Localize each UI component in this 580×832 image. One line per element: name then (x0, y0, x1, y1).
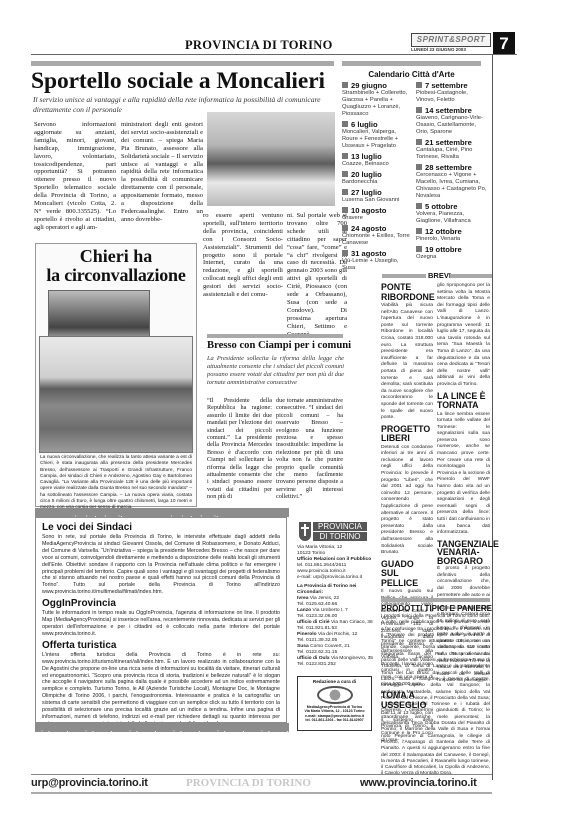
web-banner-top: www.provincia.torino.it www.provincia.to… (35, 508, 289, 517)
footer-email[interactable]: urp@provincia.torino.it (31, 777, 148, 789)
footer-rule-top (31, 774, 492, 775)
calendar-places: Giaveno, Carignano-Virle-Osasio, Castell… (416, 115, 488, 136)
circondario-addr: Via Jervis, 22 (310, 596, 339, 601)
internet-label: internet (129, 729, 157, 738)
calendar-col-2: 7 settembre Piobesi-Castagnole, Vinovo, … (416, 79, 488, 261)
section-title-sindaci: Le voci dei Sindaci (42, 522, 280, 533)
redazione-line: tel. 011.861.2204 - fax 011.8142907 (298, 718, 371, 722)
circondario-tel: Tel. 0122.831.252 (297, 662, 377, 668)
brevi-body: Viabilità più sicura nell'Alto Canavese … (381, 303, 433, 422)
logo-text-2: DI TORINO (313, 532, 367, 541)
internet-label: internet (173, 729, 201, 738)
prodotti-title: PRODOTTI TIPICI E PANIERE (381, 604, 492, 613)
calendar-places: Luserna San Giovanni (342, 197, 412, 204)
square-bullet-icon (342, 207, 348, 213)
brevi-title: GUADO SUL PELLICE (381, 560, 433, 589)
bresso-col-1: “Il Presidente della Repubblica ha ragio… (207, 397, 272, 501)
email-link[interactable]: e-mail: urp@provincia.torino.it (297, 575, 377, 581)
calendar-date: 21 settembre (416, 138, 488, 147)
main-headline: Sportello sociale a Moncalieri (31, 68, 325, 94)
internet-label: internet (217, 729, 245, 738)
square-bullet-icon (342, 121, 348, 127)
circondario-addr: Via Monginevro, 35 (331, 656, 373, 661)
map-logo-icon (317, 686, 353, 704)
chieri-headline-2: la circonvallazione (36, 266, 196, 285)
brevi-label: BREVI (428, 271, 448, 280)
section-body-turismo: L'intera offerta turistica della Provinc… (42, 652, 280, 723)
headline-bar (31, 61, 334, 66)
calendar-places: Chiomonte + Exilles, Torre Canavese (342, 233, 412, 247)
calendar-date: 10 agosto (342, 206, 412, 215)
web-info-box: Le voci dei Sindaci Sono in rete, sul po… (35, 517, 287, 723)
section-title-turismo: Offerta turistica (42, 640, 280, 651)
square-bullet-icon (416, 139, 422, 145)
square-bullet-icon (416, 107, 422, 113)
chieri-road-photo (39, 336, 193, 453)
circondario-place: ufficio di Ciriè (297, 620, 330, 625)
calendar-date: 29 giugno (342, 81, 412, 90)
internet-label: internet (85, 729, 113, 738)
internet-label: internet (261, 729, 289, 738)
circondario-addr: Via Umberto I, 7 (313, 608, 348, 613)
square-bullet-icon (342, 189, 348, 195)
calendar-date: 24 agosto (342, 224, 412, 233)
square-bullet-icon (416, 164, 422, 170)
calendar-places: Volvera, Pianezza, Giaglione, Villafranc… (416, 211, 488, 225)
provincia-logo: PROVINCIA DI TORINO (299, 516, 367, 541)
footer-website[interactable]: www.provincia.torino.it (360, 777, 477, 789)
calendar-date: 31 agosto (342, 249, 412, 258)
calendar-date: 20 luglio (342, 170, 412, 179)
redazione-box: Redazione a cura di MediaAgencyProvincia… (297, 676, 372, 731)
circondari-title: La Provincia di Torino nei Circondari: (297, 584, 359, 596)
circondario-addr: Via dei Rochis, 12 (318, 632, 357, 637)
square-bullet-icon (342, 250, 348, 256)
calendar-date: 12 ottobre (416, 227, 488, 236)
circondario-place: Susa (297, 644, 309, 649)
square-bullet-icon (342, 225, 348, 231)
prodotti-bar (381, 598, 490, 602)
calendar-places: Piobesi-Castagnole, Vinovo, Feletto (416, 90, 488, 104)
calendar-date: 28 settembre (416, 163, 488, 172)
logo-text-1: PROVINCIA (313, 522, 367, 531)
square-bullet-icon (342, 153, 348, 159)
bresso-subheadline: La Presidente sollecita la riforma della… (207, 355, 344, 387)
chieri-headline-1: Chieri ha (36, 247, 196, 266)
main-article-col-4: ni. Sul portale web si trovano oltre 700… (287, 212, 347, 339)
square-bullet-icon (416, 82, 422, 88)
calendar-date: 7 settembre (416, 81, 488, 90)
brevi-body: glio ripropongono per la settima volta l… (437, 283, 490, 389)
calendar-title: Calendario Città d'Arte (342, 70, 481, 79)
footer-center-title: PROVINCIA DI TORINO (186, 777, 311, 789)
section-body-sindaci: Sono in rete, sul portale della Provinci… (42, 534, 280, 596)
issue-date: LUNEDÌ 23 GIUGNO 2003 (411, 47, 466, 52)
main-article-col-2: ministratori degli enti gestori dei serv… (121, 121, 203, 224)
newspaper-logo: SPRINT&SPORT (412, 34, 490, 46)
square-bullet-icon (342, 171, 348, 177)
page-right-rule (492, 55, 493, 780)
square-bullet-icon (416, 228, 422, 234)
calendar-places: Pinerolo, Venaria (416, 236, 488, 243)
circondario-place: Lanzo (297, 608, 311, 613)
bresso-bar (207, 334, 343, 338)
main-article-col-1: Servono informazioni aggiornate su anzia… (34, 121, 116, 232)
calendar-col-1: 29 giugno Strambinello + Colleretto, Gia… (342, 79, 412, 272)
calendar-date: 6 luglio (342, 120, 412, 129)
section-title: PROVINCIA DI TORINO (185, 38, 333, 53)
prodotti-body: I prodotti tipici della Provincia di Tor… (381, 614, 490, 778)
calendar-bar (342, 61, 481, 66)
calendar-places: Ozegna (416, 254, 488, 261)
calendar-date: 27 luglio (342, 188, 412, 197)
circondario-place: ufficio di Oulx (297, 656, 330, 661)
page-number: 7 (493, 32, 515, 55)
brevi-title: PONTE RIBORDONE (381, 283, 433, 302)
calendar-places: Bardonecchia (342, 179, 412, 186)
contacts-address: Via Maria Vittoria, 12 10123 Torino Uffi… (297, 545, 377, 668)
brevi-title: TANGENZIALE VENARIA-BORGARO (437, 540, 490, 566)
chieri-box: Chieri ha la circonvallazione La nuova c… (35, 243, 197, 507)
brevi-body: La lince sembra essere tornata nelle val… (437, 412, 490, 537)
circondario-addr: Corso Couvert, 21 (310, 644, 350, 649)
masthead-rule (31, 54, 517, 55)
calendar-date: 19 ottobre (416, 245, 488, 254)
brevi-title: PROGETTO LIBERI (381, 425, 433, 444)
calendar-places: Strambinello + Colleretto, Giacosa + Par… (342, 90, 412, 118)
redazione-title: Redazione a cura di (298, 679, 371, 684)
calendar-date: 13 luglio (342, 152, 412, 161)
section-body-ogginprovincia: Tutte le informazioni in tempo reale su … (42, 610, 280, 638)
calendar-date: 5 ottobre (416, 202, 488, 211)
bresso-headline: Bresso con Ciampi per i comuni (207, 340, 351, 352)
brevi-divider: BREVI (382, 272, 492, 279)
calendar-places: Cercenasco + Vigone + Macello, Ivrea, Cu… (416, 172, 488, 200)
main-article-col-3: ro essere aperti ventuno sportelli, sull… (203, 212, 283, 299)
brevi-body: Detenuti con condanne inferiori ai tre a… (381, 445, 433, 557)
square-bullet-icon (416, 246, 422, 252)
square-bullet-icon (342, 82, 348, 88)
brevi-title: LA LINCE È TORNATA (437, 392, 490, 411)
bresso-col-2: due tornate amministrative consecutive. … (276, 397, 343, 501)
web-banner-bottom: internet internet internet internet inte… (35, 723, 289, 732)
calendar-date: 14 settembre (416, 106, 488, 115)
internet-label: internet (41, 729, 69, 738)
chieri-caption: La nuova circonvallazione, che realizza … (40, 455, 192, 512)
calendar-places: Gravere (342, 215, 412, 222)
section-title-ogginprovincia: OggInProvincia (42, 598, 280, 609)
square-bullet-icon (416, 203, 422, 209)
sportello-photo (207, 112, 335, 206)
circondario-place: Ivrea (297, 596, 308, 601)
calendar-places: Cantalupa, Cirié, Pino Torinese, Rivalta (416, 147, 488, 161)
calendar-places: Viù-Lemie + Usseglio, Susa (342, 258, 412, 272)
circondario-place: Pinerolo (297, 632, 317, 637)
calendar-places: Moncalieri, Valperga, Roure + Fenestrell… (342, 129, 412, 150)
newspaper-logo-box: SPRINT&SPORT (411, 33, 491, 47)
footer-rule-bottom (31, 792, 492, 794)
calendar-places: Coazze, Beinasco (342, 161, 412, 168)
circondario-addr: Via San Ciriaco, 36 (331, 620, 373, 625)
coat-of-arms-icon (299, 522, 311, 541)
redazione-contacts: MediaAgencyProvincia di Torino Via Maria… (298, 705, 371, 723)
